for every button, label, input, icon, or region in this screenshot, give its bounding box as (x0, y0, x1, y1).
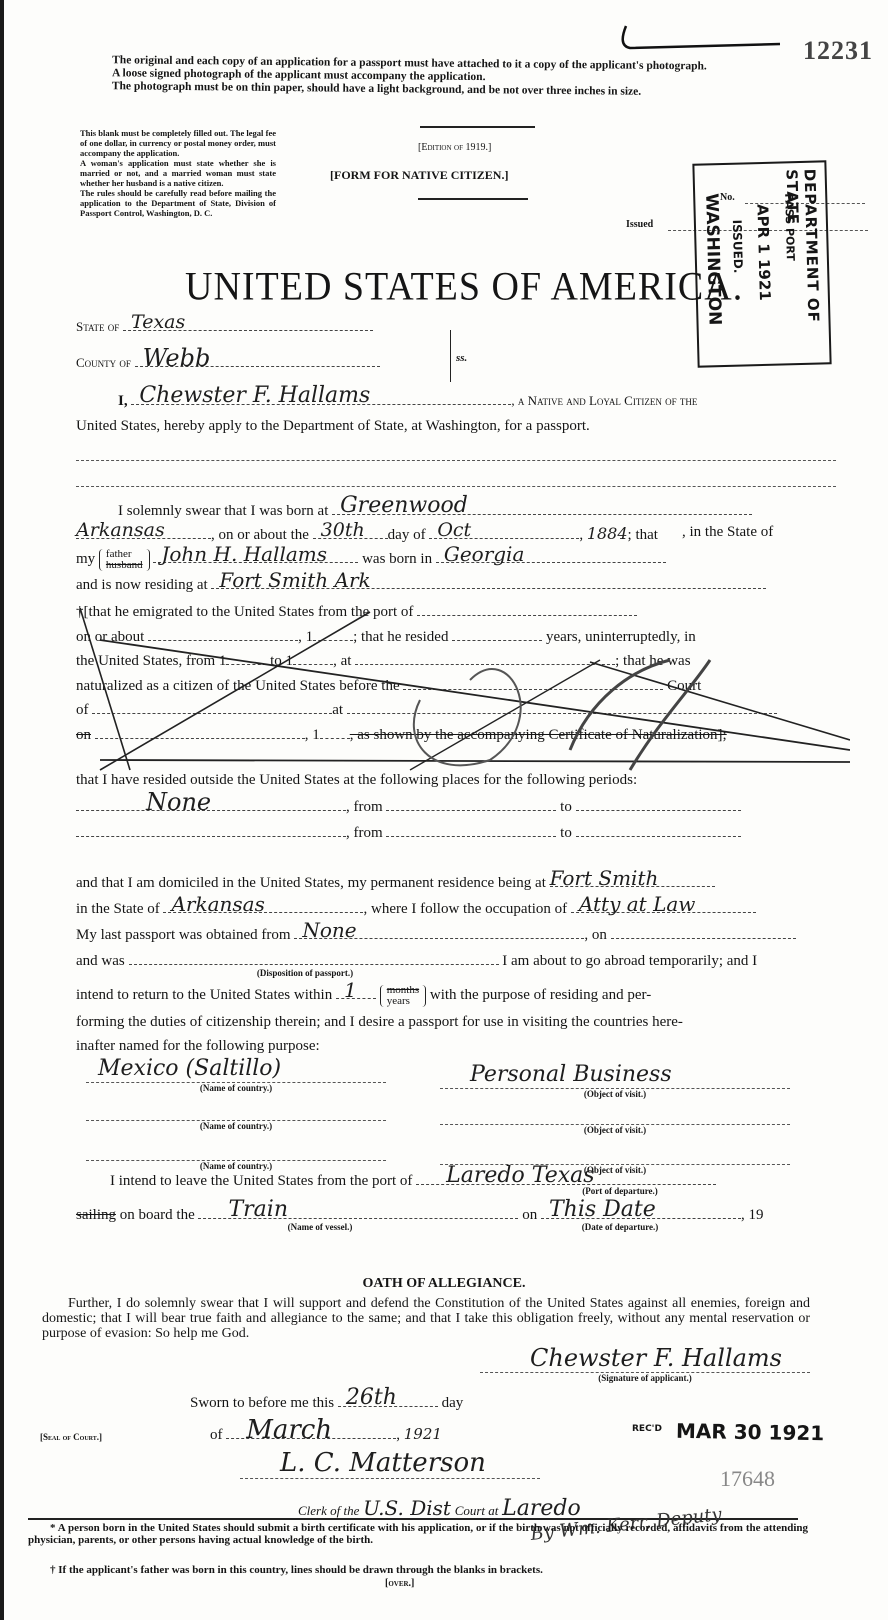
port-label: I intend to leave the United States from… (110, 1173, 412, 1189)
country-caption: (Name of country.) (86, 1083, 386, 1093)
port-caption: (Port of departure.) (560, 1186, 680, 1196)
months-option[interactable]: months (387, 985, 419, 996)
document-title: UNITED STATES OF AMERICA. (185, 264, 743, 310)
and-was-label: and was (76, 953, 125, 969)
sailing-label: sailing (76, 1207, 116, 1223)
abroad-place-1[interactable]: None (76, 796, 346, 811)
birth-year: 1884 (587, 524, 628, 543)
ss-label: ss. (456, 352, 467, 364)
domicile-state-value: Arkansas (171, 894, 264, 914)
return-line-3: inafter named for the following purpose: (76, 1036, 856, 1056)
domicile-state-label: in the State of (76, 901, 160, 917)
of-label: of (210, 1427, 223, 1443)
birthplace-value: Greenwood (340, 496, 468, 516)
county-label: County of (76, 355, 131, 370)
residence-abroad-intro: that I have resided outside the United S… (76, 770, 637, 790)
birth-state-value: Arkansas (76, 520, 165, 540)
object-value: Personal Business (440, 1062, 790, 1088)
footnote-birth: * A person born in the United States sho… (28, 1522, 808, 1546)
day-label: day (442, 1395, 464, 1411)
last-passport-row: My last passport was obtained from None,… (76, 924, 856, 945)
last-passport-field[interactable]: None (294, 924, 584, 939)
abroad-to-2[interactable] (576, 822, 741, 837)
vessel-value: Train (228, 1200, 288, 1220)
sworn-day-value: 26th (346, 1388, 397, 1408)
stamp-date: APR 1 1921 (753, 204, 774, 301)
vessel-caption: (Name of vessel.) (260, 1222, 380, 1232)
sworn-day-field[interactable]: 26th (338, 1392, 438, 1407)
court-name: U.S. Dist (363, 1496, 451, 1520)
oath-text: Further, I do solemnly swear that I will… (42, 1296, 810, 1341)
board-label: on board the (120, 1207, 195, 1223)
applicant-name-field[interactable]: Chewster F. Hallams (131, 390, 511, 405)
day-of-label: day of (388, 527, 426, 543)
photo-notes: The original and each copy of an applica… (112, 54, 832, 101)
return-period-field[interactable]: 1 (336, 984, 376, 999)
father-residence-field[interactable]: Fort Smith Ark (211, 574, 766, 589)
object-caption: (Object of visit.) (440, 1089, 790, 1099)
birth-day-value: 30th (321, 520, 365, 540)
clerk-label: Clerk of the (298, 1503, 359, 1518)
vessel-row: sailing on board the Train on This Date,… (76, 1204, 856, 1225)
sworn-row: Sworn to before me this 26th day (190, 1392, 463, 1413)
country-caption: (Name of country.) (86, 1121, 386, 1131)
birth-intro: I solemnly swear that I was born at (118, 503, 328, 519)
domicile-row: and that I am domiciled in the United St… (76, 872, 856, 893)
father-name-value: John H. Hallams (161, 544, 327, 564)
official-signature-field[interactable]: L. C. Matterson (240, 1448, 540, 1479)
from-label: , from (346, 825, 383, 841)
abroad-from-2[interactable] (386, 822, 556, 837)
my-label: my (76, 551, 95, 567)
port-field[interactable]: Laredo Texas (416, 1170, 716, 1185)
to-label: to (560, 799, 572, 815)
instruction-rules: The rules should be carefully read befor… (80, 188, 276, 218)
destination-object-2[interactable]: (Object of visit.) (440, 1110, 790, 1135)
birthplace-field[interactable]: Greenwood (332, 500, 752, 515)
declaration-tail: , a Native and Loyal Citizen of the (511, 393, 697, 408)
birth-month-field[interactable]: Oct (429, 524, 579, 539)
last-passport-date-field[interactable] (611, 924, 796, 939)
edition-label: [Edition of 1919.] (418, 142, 491, 153)
applicant-signature-field[interactable]: Chewster F. Hallams (Signature of applic… (480, 1344, 810, 1383)
father-name-field[interactable]: John H. Hallams (153, 548, 358, 563)
court-at-label: Court at (455, 1503, 499, 1518)
over-label: [over.] (385, 1578, 414, 1589)
blank-rule (76, 460, 836, 461)
county-value: Webb (143, 348, 211, 368)
oath-title: OATH OF ALLEGIANCE. (0, 1276, 888, 1292)
destination-country-3[interactable]: (Name of country.) (86, 1146, 386, 1171)
that-label: ; that (628, 527, 658, 543)
birth-state-field[interactable]: Arkansas (76, 524, 211, 539)
father-row: my father husband John H. Hallams was bo… (76, 548, 846, 571)
received-stamp: MAR 30 1921 (676, 1419, 825, 1446)
return-label: intend to return to the United States wi… (76, 987, 332, 1003)
father-residence-value: Fort Smith Ark (219, 570, 370, 590)
footnote-father: † If the applicant's father was born in … (50, 1564, 810, 1576)
sworn-month-value: March (246, 1420, 332, 1440)
divider (420, 126, 535, 128)
date-caption: (Date of departure.) (560, 1222, 680, 1232)
father-residence-row: and is now residing at Fort Smith Ark (76, 574, 766, 595)
sworn-month-row: of March, 1921 (210, 1424, 442, 1445)
county-row: County of Webb (76, 352, 380, 373)
return-period-value: 1 (344, 980, 357, 1000)
disposition-row: and was I am about to go abroad temporar… (76, 950, 856, 971)
object-caption: (Object of visit.) (440, 1125, 790, 1135)
bracket (448, 330, 451, 382)
state-label: State of (76, 319, 119, 334)
to-label: to (560, 825, 572, 841)
abroad-to-1[interactable] (576, 796, 741, 811)
birth-row-1: I solemnly swear that I was born at Gree… (118, 500, 752, 521)
state-row: State of Texas (76, 316, 373, 337)
return-line-2: forming the duties of citizenship therei… (76, 1012, 866, 1032)
return-tail: with the purpose of residing and per- (430, 987, 651, 1003)
on-label: on (522, 1207, 537, 1223)
sworn-label: Sworn to before me this (190, 1395, 334, 1411)
seal-of-court: [Seal of Court.] (40, 1432, 102, 1442)
sworn-month-field[interactable]: March (226, 1424, 396, 1439)
destination-country-2[interactable]: (Name of country.) (86, 1106, 386, 1131)
instruction-woman: A woman's application must state whether… (80, 158, 276, 188)
official-signature: L. C. Matterson (240, 1448, 540, 1478)
abroad-row-2: , from to (76, 822, 846, 843)
domicile-intro: and that I am domiciled in the United St… (76, 875, 546, 891)
last-passport-label: My last passport was obtained from (76, 927, 291, 943)
period-unit-selector[interactable]: months years (380, 985, 426, 1007)
i-label: I, (118, 393, 128, 409)
departure-date-value: This Date (549, 1200, 656, 1220)
occupation-value: Atty at Law (579, 894, 695, 914)
applicant-signature: Chewster F. Hallams (480, 1344, 810, 1372)
residing-label: and is now residing at (76, 577, 208, 593)
stamp-passport: PASS PORT (782, 193, 797, 261)
years-option[interactable]: years (387, 996, 419, 1007)
stamp-number: 17648 (720, 1466, 775, 1492)
residence-field[interactable]: Fort Smith (550, 872, 715, 887)
occupation-label: , where I follow the occupation of (363, 901, 567, 917)
issued-label: Issued (626, 219, 653, 230)
father-birthplace-value: Georgia (444, 544, 525, 564)
instructions: This blank must be completely filled out… (80, 128, 276, 218)
in-state-label: , in the State of (682, 524, 773, 541)
from-label: , from (346, 799, 383, 815)
state-field[interactable]: Texas (123, 316, 373, 331)
state-value: Texas (131, 312, 185, 332)
return-row: intend to return to the United States wi… (76, 984, 856, 1007)
cancellation-lines (70, 600, 850, 780)
abroad-text: I am about to go abroad temporarily; and… (502, 953, 757, 969)
on-about-label: , on or about the (211, 527, 309, 543)
domicile-state-row: in the State of Arkansas, where I follow… (76, 898, 856, 919)
received-stamp-prefix: REC'D (632, 1424, 662, 1434)
signature-caption: (Signature of applicant.) (480, 1373, 810, 1383)
last-passport-value: None (302, 920, 356, 940)
blank-rule (76, 486, 836, 487)
father-option[interactable]: father (106, 549, 143, 560)
instruction-fee: This blank must be completely filled out… (80, 128, 276, 158)
destination-country-1[interactable]: Mexico (Saltillo) (Name of country.) (86, 1056, 386, 1093)
country-value: Mexico (Saltillo) (86, 1056, 386, 1082)
departure-date-field[interactable]: This Date (541, 1204, 741, 1219)
scan-edge (0, 0, 4, 1620)
disposition-field[interactable] (129, 950, 499, 965)
abroad-from-1[interactable] (386, 796, 556, 811)
born-in-label: was born in (362, 551, 432, 567)
birth-day-field[interactable]: 30th (313, 524, 388, 539)
domicile-state-field[interactable]: Arkansas (163, 898, 363, 913)
form-type: [FORM FOR NATIVE CITIZEN.] (330, 168, 508, 183)
pen-mark (620, 18, 790, 58)
port-row: I intend to leave the United States from… (110, 1170, 860, 1191)
abroad-place-value: None (146, 792, 211, 812)
county-field[interactable]: Webb (135, 352, 380, 367)
declaration-text: United States, hereby apply to the Depar… (76, 418, 590, 434)
husband-option[interactable]: husband (106, 560, 143, 571)
destination-object-1[interactable]: Personal Business (Object of visit.) (440, 1062, 790, 1099)
on-label: , on (584, 927, 607, 943)
relation-selector[interactable]: father husband (99, 549, 150, 571)
declaration-line: United States, hereby apply to the Depar… (76, 416, 590, 436)
vessel-field[interactable]: Train (198, 1204, 518, 1219)
sworn-year: 1921 (404, 1425, 442, 1443)
year-suffix: , 19 (741, 1207, 764, 1223)
father-birthplace-field[interactable]: Georgia (436, 548, 666, 563)
disposition-caption: (Disposition of passport.) (235, 968, 375, 978)
port-value: Laredo Texas (446, 1166, 594, 1186)
applicant-name: Chewster F. Hallams (139, 386, 370, 406)
divider (418, 198, 528, 200)
residence-value: Fort Smith (550, 868, 659, 888)
abroad-row-1: None, from to (76, 796, 846, 817)
applicant-row: I, Chewster F. Hallams, a Native and Loy… (118, 390, 838, 411)
abroad-place-2[interactable] (76, 822, 346, 837)
occupation-field[interactable]: Atty at Law (571, 898, 756, 913)
birth-month-value: Oct (437, 520, 471, 540)
